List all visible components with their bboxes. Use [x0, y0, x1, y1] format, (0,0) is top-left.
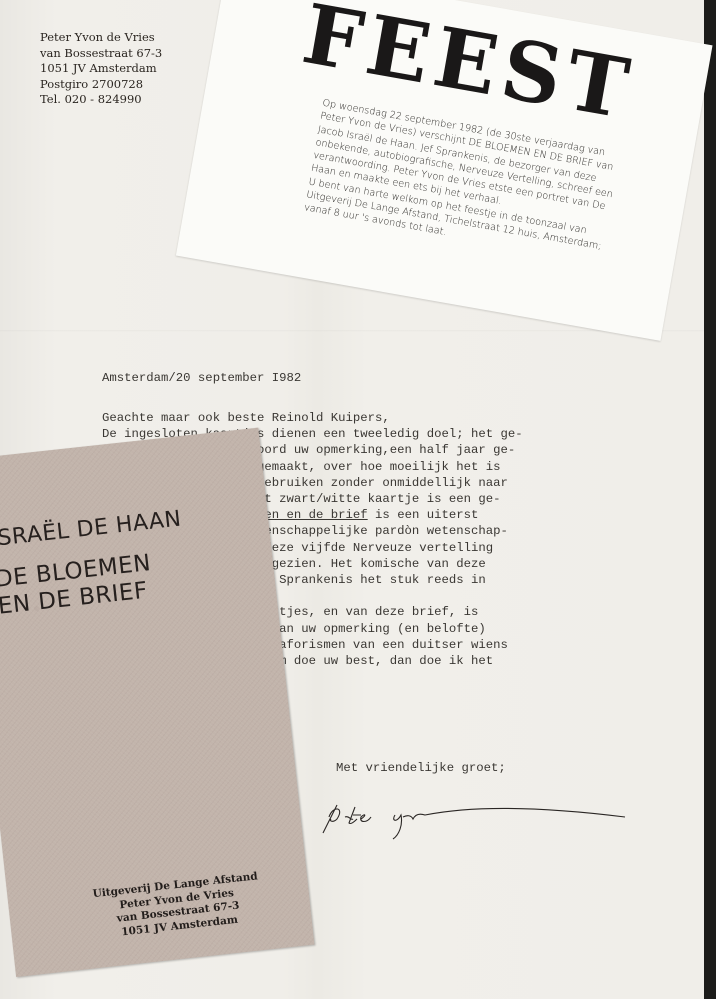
background-edge — [704, 0, 716, 999]
letter-closing: Met vriendelijke groet; — [336, 760, 506, 776]
letter-date: Amsterdam/20 september I982 — [102, 370, 301, 386]
sender-city: 1051 JV Amsterdam — [40, 61, 162, 77]
sender-postgiro: Postgiro 2700728 — [40, 77, 162, 93]
sender-name: Peter Yvon de Vries — [40, 30, 162, 46]
letterhead: Peter Yvon de Vries van Bossestraat 67-3… — [40, 30, 162, 108]
signature — [315, 795, 645, 845]
letter-salutation: Geachte maar ook beste Reinold Kuipers, — [102, 410, 523, 426]
sender-street: van Bossestraat 67-3 — [40, 46, 162, 62]
sender-phone: Tel. 020 - 824990 — [40, 92, 162, 108]
booklet-cover: ISRAËL DE HAAN DE BLOEMEN EN DE BRIEF Ui… — [0, 428, 314, 977]
